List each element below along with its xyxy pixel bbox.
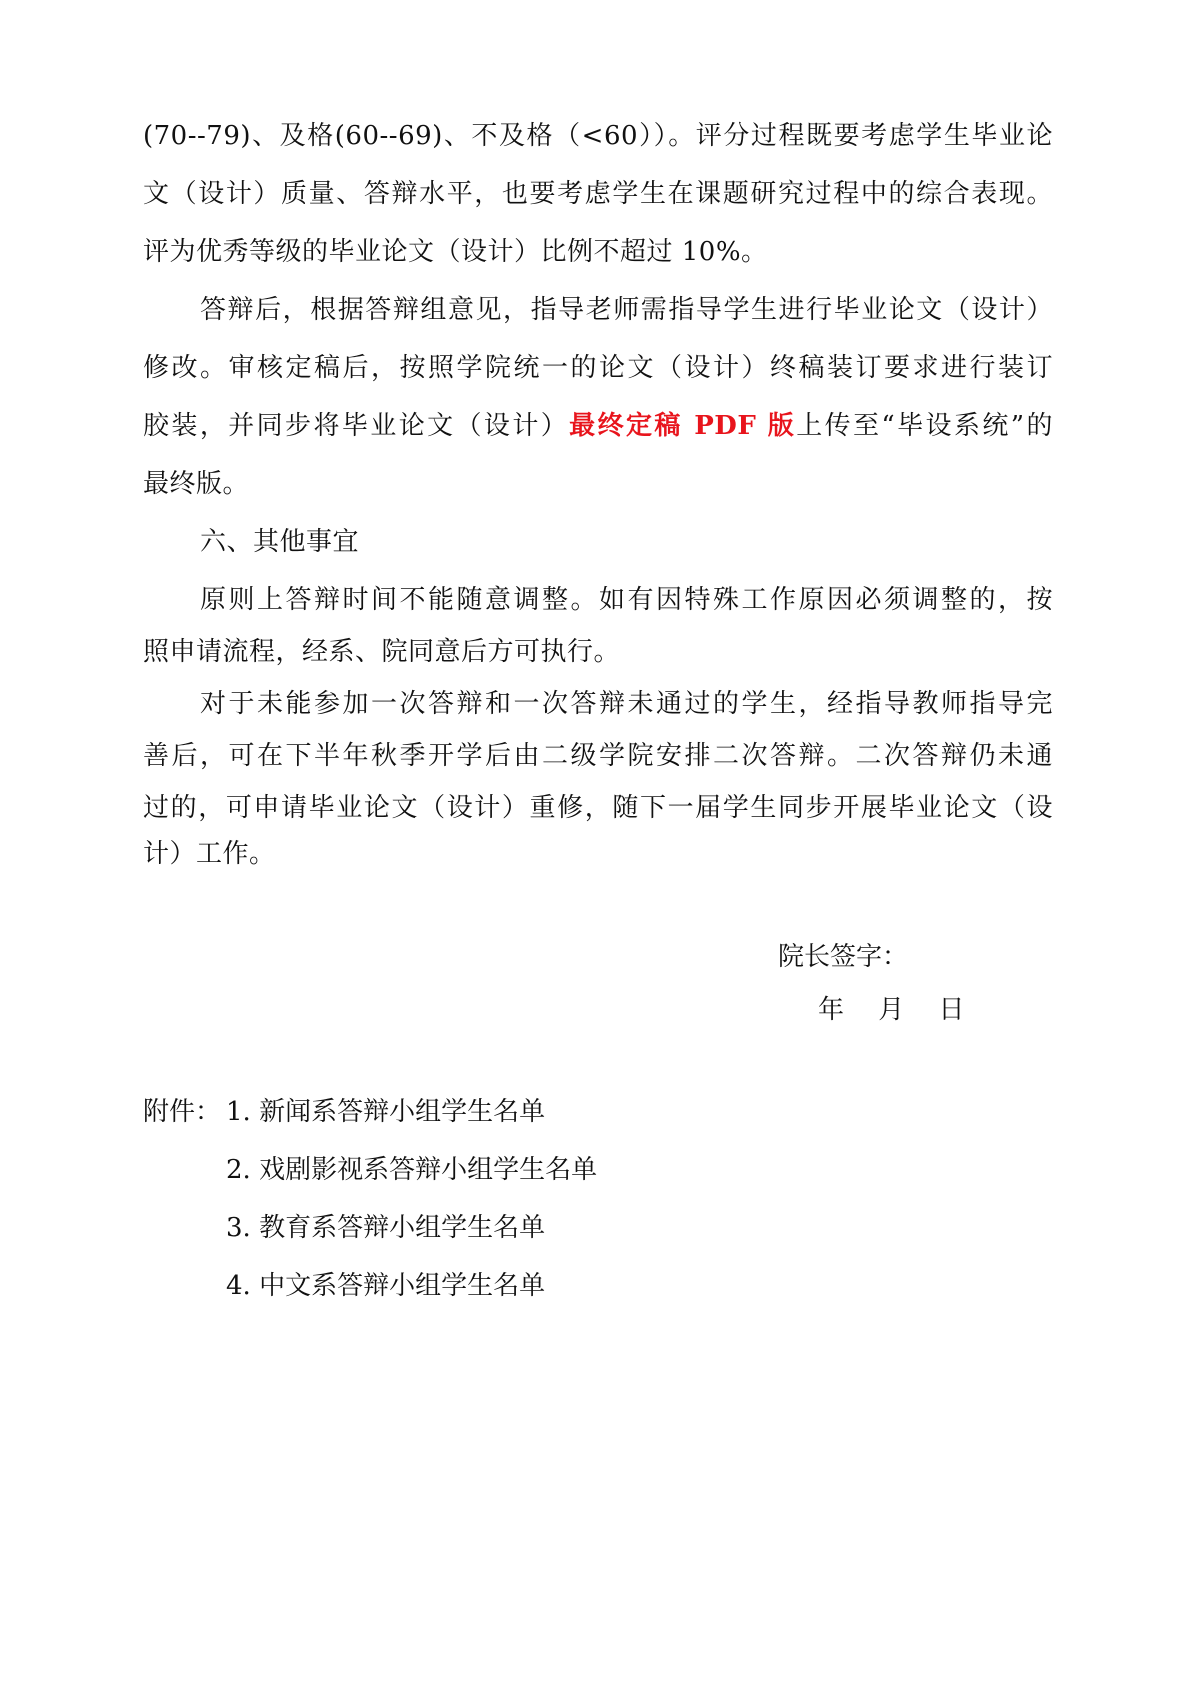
second-defense-line-4: 计）工作。: [143, 837, 1053, 871]
attachment-item-1: 1. 新闻系答辩小组学生名单: [226, 1095, 545, 1129]
revision-line-1: 答辩后，根据答辩组意见，指导老师需指导学生进行毕业论文（设计）: [200, 293, 1053, 327]
revision-text-before: 胶装，并同步将毕业论文（设计）: [143, 411, 569, 441]
second-defense-line-3: 过的，可申请毕业论文（设计）重修，随下一届学生同步开展毕业论文（设: [143, 791, 1053, 825]
document-page: (70--79)、及格(60--69)、不及格（<60））。评分过程既要考虑学生…: [0, 0, 1190, 1683]
grading-line-2: 文（设计）质量、答辩水平，也要考虑学生在课题研究过程中的综合表现。: [143, 177, 1053, 211]
final-pdf-highlight: 最终定稿 PDF 版: [569, 411, 796, 441]
revision-text-after: 上传至“毕设系统”的: [796, 411, 1053, 441]
revision-line-3: 胶装，并同步将毕业论文（设计）最终定稿 PDF 版上传至“毕设系统”的: [143, 409, 1053, 443]
attachment-item-3: 3. 教育系答辩小组学生名单: [226, 1211, 545, 1245]
signature-date: 年 月 日: [818, 993, 965, 1027]
attachments-label: 附件：: [143, 1095, 221, 1129]
grading-line-1: (70--79)、及格(60--69)、不及格（<60））。评分过程既要考虑学生…: [143, 119, 1053, 153]
revision-line-2: 修改。审核定稿后，按照学院统一的论文（设计）终稿装订要求进行装订: [143, 351, 1053, 385]
section-heading: 六、其他事宜: [200, 525, 1053, 559]
second-defense-line-2: 善后，可在下半年秋季开学后由二级学院安排二次答辩。二次答辩仍未通: [143, 739, 1053, 773]
dean-signature-label: 院长签字：: [778, 940, 908, 974]
revision-line-4: 最终版。: [143, 467, 1053, 501]
attachment-item-4: 4. 中文系答辩小组学生名单: [226, 1269, 545, 1303]
second-defense-line-1: 对于未能参加一次答辩和一次答辩未通过的学生，经指导教师指导完: [200, 687, 1053, 721]
schedule-line-1: 原则上答辩时间不能随意调整。如有因特殊工作原因必须调整的，按: [200, 583, 1053, 617]
attachment-item-2: 2. 戏剧影视系答辩小组学生名单: [226, 1153, 597, 1187]
grading-line-3: 评为优秀等级的毕业论文（设计）比例不超过 10%。: [143, 235, 1053, 269]
schedule-line-2: 照申请流程，经系、院同意后方可执行。: [143, 635, 1053, 669]
